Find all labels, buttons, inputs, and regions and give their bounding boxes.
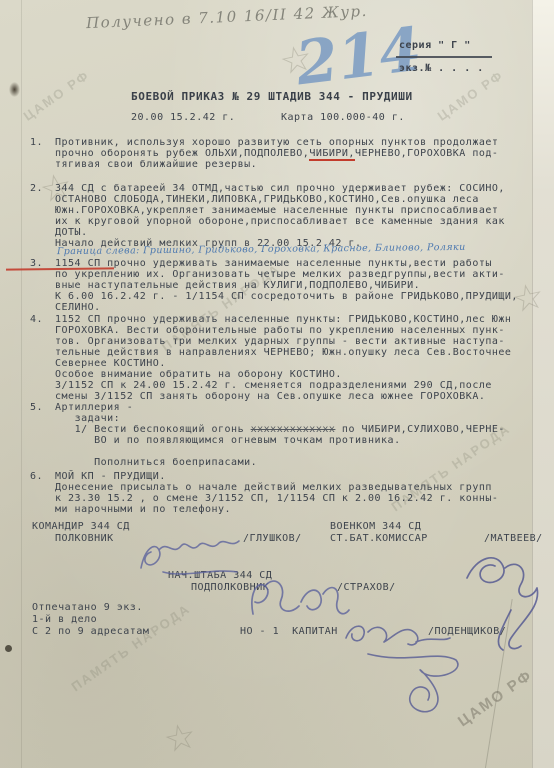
item-text: 1154 СП прочно удерживать занимаемые нас…: [55, 258, 536, 313]
red-underlined-word: ЧИБИРИ,: [309, 148, 355, 161]
order-item-1: 1. Противник, используя хорошо развитую …: [30, 137, 536, 170]
order-item-3: 3. 1154 СП прочно удерживать занимаемые …: [30, 258, 536, 313]
star-watermark-icon: ☆: [160, 715, 200, 762]
item-number: 2.: [30, 183, 55, 249]
copy-number-label: экз.№ . . . .: [399, 63, 484, 74]
series-label: серия " Г ": [399, 40, 471, 51]
item-text: Артиллерия - задачи: 1/ Вести беспокоящи…: [55, 402, 536, 468]
item-text: 344 СД с батареей 34 ОТМД,частью сил про…: [55, 183, 536, 249]
item-number: 1.: [30, 137, 55, 170]
scanned-order-page: ЦАМО РФ ЦАМО РФ ПАМЯТЬ НАРОДА ПАМЯТЬ НАР…: [0, 0, 554, 768]
order-item-4: 4. 1152 СП прочно удерживать населенные …: [30, 314, 536, 402]
printed-copies-note: Отпечатано 9 экз.: [32, 602, 143, 613]
archive-watermark: ЦАМО РФ: [21, 67, 93, 123]
series-underline: [396, 56, 492, 58]
glushkov-signature: [135, 536, 247, 582]
item-number: 3.: [30, 258, 55, 313]
ink-blot: [9, 82, 20, 97]
commissar-role: ВОЕНКОМ 344 СД: [330, 521, 421, 532]
captain-name: /ПОДЕНЩИКОВ/: [428, 626, 506, 637]
order-title: БОЕВОЙ ПРИКАЗ № 29 ШТАДИВ 344 - ПРУДИШИ: [131, 90, 413, 103]
order-item-5: 5. Артиллерия - задачи: 1/ Вести беспоко…: [30, 402, 536, 468]
punch-hole: [5, 645, 12, 652]
no1-captain-label: НО - 1 КАПИТАН: [240, 626, 338, 637]
item-text: Противник, используя хорошо развитую сет…: [55, 137, 536, 170]
item-number: 4.: [30, 314, 55, 402]
struck-out-text: ххххххххххххх: [251, 424, 336, 435]
commissar-rank: СТ.БАТ.КОМИССАР: [330, 533, 428, 544]
commander-rank: ПОЛКОВНИК: [55, 533, 114, 544]
item-text: МОЙ КП - ПРУДИЩИ. Донесение присылать о …: [55, 471, 536, 515]
commander-role: КОМАНДИР 344 СД: [32, 521, 130, 532]
map-reference: Карта 100.000-40 г.: [281, 112, 405, 123]
item-number: 6.: [30, 471, 55, 515]
order-item-2: 2. 344 СД с батареей 34 ОТМД,частью сил …: [30, 183, 536, 249]
order-datetime: 20.00 15.2.42 г.: [131, 112, 235, 123]
item-number: 5.: [30, 402, 55, 468]
first-copy-note: 1-й в дело: [32, 614, 97, 625]
commissar-name: /МАТВЕЕВ/: [484, 533, 543, 544]
item-text-part: Артиллерия - задачи: 1/ Вести беспокоящи…: [55, 402, 251, 435]
archive-watermark: ЦАМО РФ: [435, 67, 507, 123]
order-item-6: 6. МОЙ КП - ПРУДИЩИ. Донесение присылать…: [30, 471, 536, 515]
addressees-note: С 2 по 9 адресатам: [32, 626, 149, 637]
commander-name: /ГЛУШКОВ/: [243, 533, 302, 544]
left-crease: [21, 0, 22, 768]
item-text: 1152 СП прочно удерживать населенные пун…: [55, 314, 536, 402]
